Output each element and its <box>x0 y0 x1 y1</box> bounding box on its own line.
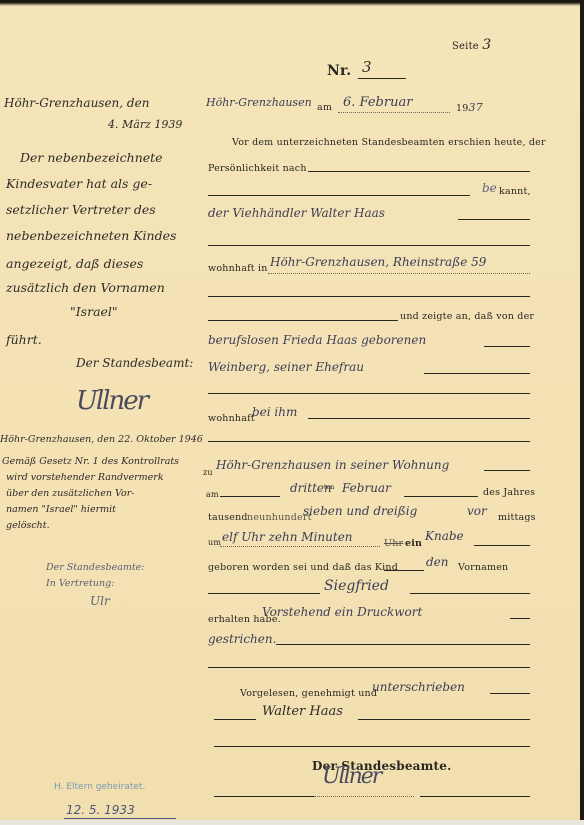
mother-residence-rule-2 <box>208 441 530 442</box>
mother-line-2-rule <box>424 373 530 374</box>
declarant-line-2 <box>208 245 530 246</box>
intro-text: Vor dem unterzeichneten Standesbeamten e… <box>232 137 546 148</box>
be-handwritten: be <box>482 181 497 195</box>
margin-note2-place-date: Höhr-Grenzhausen, den 22. Oktober 1946 <box>0 434 203 445</box>
mother-line-1-rule <box>484 346 530 347</box>
tausend-label: tausend <box>208 512 248 523</box>
registration-place: Höhr-Grenzhausen <box>206 96 312 109</box>
note-line-1-rule <box>510 618 530 619</box>
kannt-label: kannt, <box>499 186 531 197</box>
margin-note1-signature: Ullner <box>76 386 147 416</box>
margin-note1-line: Der nebenbezeichnete <box>20 150 163 165</box>
parents-married-stamp: H. Eltern geheiratet. <box>54 782 145 792</box>
child-name: Siegfried <box>324 578 389 594</box>
stamp-date-underline <box>64 818 176 819</box>
mittags-label: mittags <box>498 512 536 523</box>
margin-note2-line: über den zusätzlichen Vor- <box>6 488 134 499</box>
mother-line-3-rule <box>208 393 530 394</box>
uhr-struck: Uhr <box>384 538 403 549</box>
mother-residence: bei ihm <box>252 405 297 419</box>
margin-note1-line: nebenbezeichneten Kindes <box>6 228 176 243</box>
am-birth-label: am <box>206 490 219 499</box>
zu-label: zu <box>203 468 213 477</box>
child-name-rule-right <box>410 593 530 594</box>
wohnhaft-label: wohnhaft <box>208 413 255 424</box>
birth-month-rule <box>404 496 478 497</box>
registrar-rule-left <box>214 796 314 797</box>
margin-note1-line: "Israel" <box>70 304 118 319</box>
margin-note1-line: zusätzlich den Vornamen <box>6 280 165 295</box>
margin-note2-signer: Der Standesbeamte: <box>46 562 145 573</box>
registrar-rule-dotted <box>314 796 414 797</box>
registrar-signature: Ullner <box>322 764 380 789</box>
declarant-sig-rule-right <box>358 719 530 720</box>
margin-note1-line: angezeigt, daß dieses <box>6 256 143 271</box>
birth-year-words: sieben und dreißig <box>303 504 417 518</box>
margin-note1-line: Kindesvater hat als ge- <box>6 176 152 191</box>
geboren-label: geboren worden sei und daß das Kind <box>208 562 398 573</box>
child-sex-rule <box>474 545 530 546</box>
margin-note2-line: gelöscht. <box>6 520 50 531</box>
birth-time: elf Uhr zehn Minuten <box>222 530 353 544</box>
declarant-name: der Viehhändler Walter Haas <box>208 206 385 220</box>
margin-note2-signer-sub: In Vertretung: <box>46 578 114 589</box>
declarant-sig-rule-2 <box>214 746 530 747</box>
declarant-residence: Höhr-Grenzhausen, Rheinstraße 59 <box>270 255 486 269</box>
registrar-rule-right <box>420 796 530 797</box>
declarant-signature: Walter Haas <box>262 704 343 719</box>
residence-dotted-line <box>268 273 530 274</box>
margin-note2-signature: Ulr <box>90 594 110 608</box>
den-handwritten: den <box>426 555 449 569</box>
child-name-rule-left <box>208 593 320 594</box>
zeigte-an-label: und zeigte an, daß von der <box>400 311 534 322</box>
birth-place-rule <box>484 470 530 471</box>
page-number: 3 <box>482 37 491 53</box>
registration-date: 6. Februar <box>343 95 412 110</box>
mother-line-2: Weinberg, seiner Ehefrau <box>208 360 364 374</box>
page-right-edge <box>580 0 584 825</box>
zeigte-line <box>208 320 398 321</box>
record-number-underline <box>358 78 406 79</box>
declarant-line <box>458 219 530 220</box>
birth-time-dotted <box>220 546 380 547</box>
record-number-label: Nr. <box>327 63 351 79</box>
record-number: 3 <box>362 58 372 76</box>
year-suffix: 37 <box>469 101 483 114</box>
birth-month: Februar <box>342 481 391 495</box>
note-line-2: gestrichen. <box>208 632 276 646</box>
birth-day-rule <box>220 496 280 497</box>
vorgelesen-label: Vorgelesen, genehmigt und <box>240 688 377 699</box>
year-prefix: 19 <box>456 103 469 114</box>
geboren-rule <box>384 570 424 571</box>
margin-note1-place: Höhr-Grenzhausen, den <box>4 96 149 110</box>
persoenlichkeit-line <box>308 171 530 172</box>
unterschrieben-rule <box>490 693 530 694</box>
note-line-3-rule <box>208 667 530 668</box>
ten-label: ten <box>324 484 334 491</box>
note-line-1: Vorstehend ein Druckwort <box>262 605 422 619</box>
vor-handwritten: vor <box>467 504 487 518</box>
page-label: Seite 3 <box>452 37 491 53</box>
unterschrieben-handwritten: unterschrieben <box>372 680 465 694</box>
child-sex: Knabe <box>425 529 464 543</box>
am-label: am <box>317 102 332 113</box>
date-dotted-line <box>338 112 450 113</box>
margin-note1-line: setzlicher Vertreter des <box>6 202 156 217</box>
persoenlichkeit-label: Persönlichkeit nach <box>208 163 307 174</box>
birth-register-page: Seite 3 Nr. 3 Höhr-Grenzhausen am 6. Feb… <box>0 0 584 825</box>
margin-note2-line: Gemäß Gesetz Nr. 1 des Kontrollrats <box>2 456 179 467</box>
registration-year: 1937 <box>456 101 483 114</box>
margin-note2-line: namen "Israel" hiermit <box>6 504 116 515</box>
record-label-text: Nr. <box>327 63 351 79</box>
vornamen-label: Vornamen <box>458 562 508 573</box>
note-line-2-rule <box>276 644 530 645</box>
page-bottom-strip <box>0 820 584 825</box>
margin-note2-line: wird vorstehender Randvermerk <box>6 472 164 483</box>
page-top-edge <box>0 0 584 6</box>
wohnhaft-in-label: wohnhaft in <box>208 263 268 274</box>
bekannt-line <box>208 195 470 196</box>
margin-note1-date: 4. März 1939 <box>108 118 182 131</box>
parents-married-date: 12. 5. 1933 <box>66 803 135 817</box>
declarant-sig-rule-left <box>214 719 256 720</box>
neunhundert-label: neunhundert <box>247 512 312 523</box>
birth-place: Höhr-Grenzhausen in seiner Wohnung <box>216 458 449 472</box>
page-label-text: Seite <box>452 41 479 52</box>
margin-note1-line: führt. <box>6 332 42 347</box>
mother-line-1: berufslosen Frieda Haas geborenen <box>208 333 426 347</box>
mother-residence-rule <box>308 418 530 419</box>
des-jahres-label: des Jahres <box>483 487 535 498</box>
residence-line-2 <box>208 296 530 297</box>
ein-label: ein <box>405 538 422 549</box>
margin-note1-signer: Der Standesbeamt: <box>76 356 193 370</box>
